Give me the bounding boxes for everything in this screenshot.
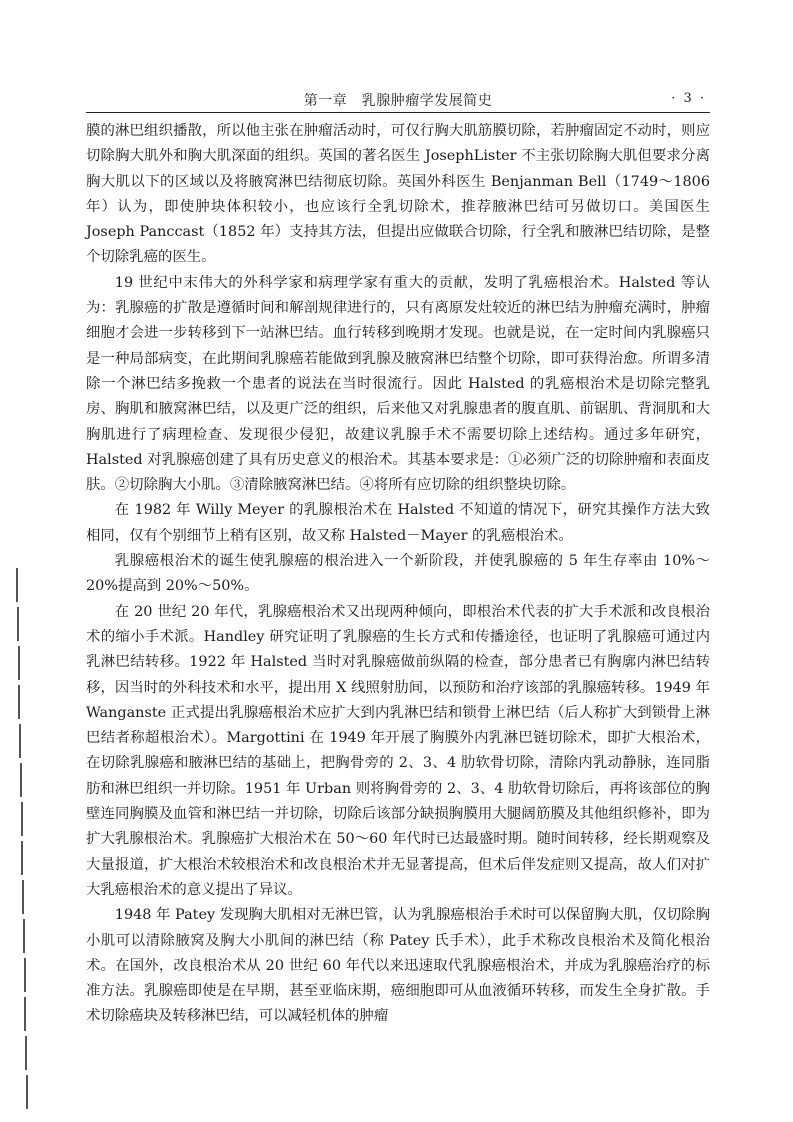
margin-mark xyxy=(25,1036,27,1070)
scan-margin-marks xyxy=(0,0,40,1122)
margin-mark xyxy=(24,958,26,992)
margin-mark xyxy=(26,1075,28,1109)
margin-mark xyxy=(21,802,23,836)
margin-mark xyxy=(21,841,23,875)
page-header: 第一章 乳腺肿瘤学发展简史 · 3 · xyxy=(86,88,710,113)
margin-mark xyxy=(18,685,20,719)
page-number: · 3 · xyxy=(671,91,706,106)
paragraph: 在 20 世纪 20 年代，乳腺癌根治术又出现两种倾向，即根治术代表的扩大手术派… xyxy=(86,600,710,904)
margin-mark xyxy=(19,724,21,758)
chapter-title: 第一章 乳腺肿瘤学发展简史 xyxy=(86,90,710,110)
paragraph: 1948 年 Patey 发现胸大肌相对无淋巴管，认为乳腺癌根治手术时可以保留胸… xyxy=(86,903,710,1029)
paragraph: 膜的淋巴组织播散，所以他主张在肿瘤活动时，可仅行胸大肌筋膜切除，若肿瘤固定不动时… xyxy=(86,119,710,271)
paragraph: 19 世纪中末伟大的外科学家和病理学家有重大的贡献，发明了乳癌根治术。Halst… xyxy=(86,271,710,499)
margin-mark xyxy=(20,763,22,797)
margin-mark xyxy=(24,997,26,1031)
paragraph: 乳腺癌根治术的诞生使乳腺癌的根治进入一个新阶段，并使乳腺癌的 5 年生存率由 1… xyxy=(86,549,710,600)
paragraph: 在 1982 年 Willy Meyer 的乳腺根治术在 Halsted 不知道… xyxy=(86,498,710,549)
margin-mark xyxy=(22,880,24,914)
margin-mark xyxy=(23,919,25,953)
margin-mark xyxy=(16,568,18,602)
body-text: 膜的淋巴组织播散，所以他主张在肿瘤活动时，可仅行胸大肌筋膜切除，若肿瘤固定不动时… xyxy=(86,119,710,1030)
margin-mark xyxy=(18,646,20,680)
margin-mark xyxy=(17,607,19,641)
